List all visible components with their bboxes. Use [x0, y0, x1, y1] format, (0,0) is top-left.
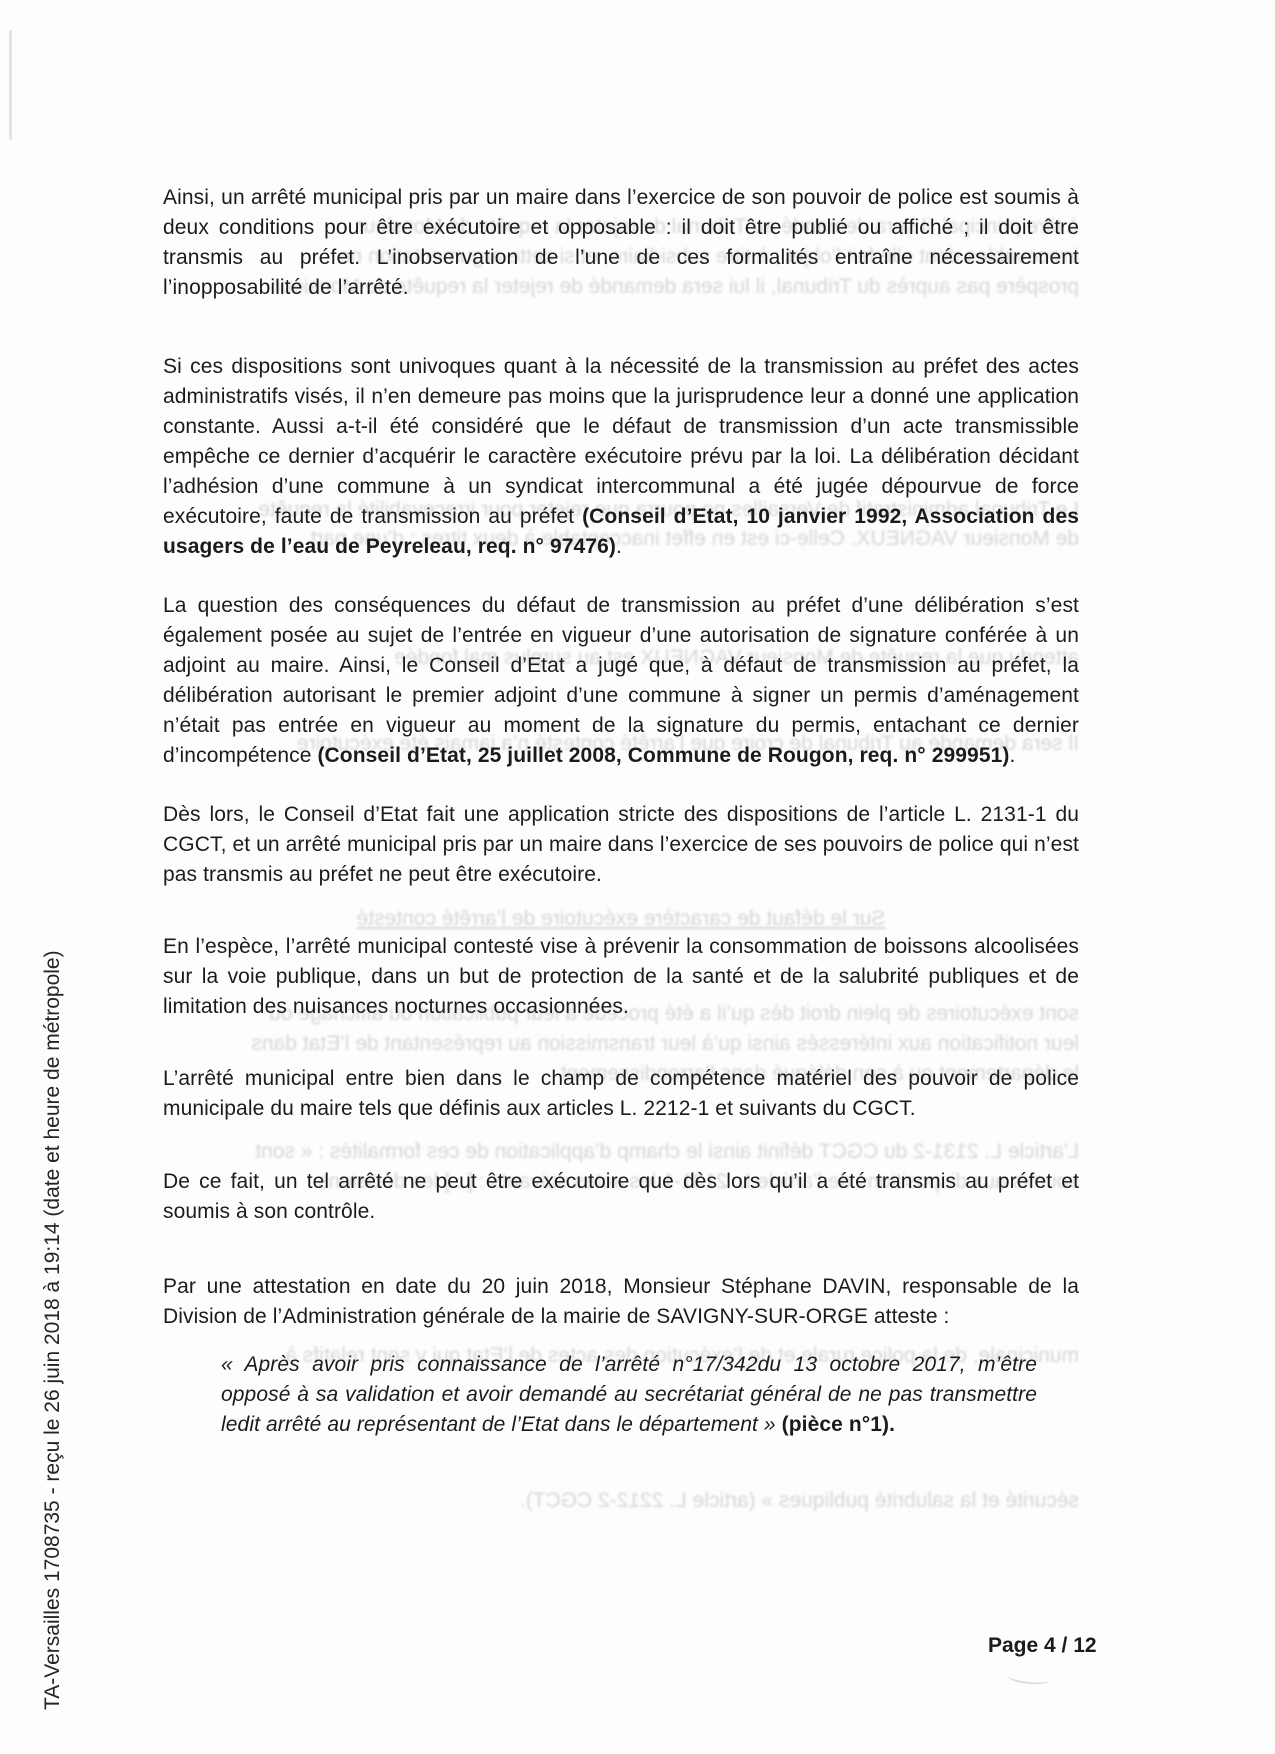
- paragraph: De ce fait, un tel arrêté ne peut être e…: [163, 1167, 1079, 1227]
- text-run: Si ces dispositions sont univoques quant…: [163, 355, 1079, 528]
- text-run: .: [616, 535, 622, 558]
- paragraph: En l’espèce, l’arrêté municipal contesté…: [163, 932, 1079, 1022]
- page-number: Page 4 / 12: [988, 1634, 1097, 1658]
- text-run: « Après avoir pris connaissance de l’arr…: [221, 1353, 1037, 1436]
- paragraph: L’arrêté municipal entre bien dans le ch…: [163, 1064, 1079, 1124]
- text-run: .: [1009, 744, 1015, 767]
- text-run: Dès lors, le Conseil d’Etat fait une app…: [163, 803, 1079, 886]
- reception-stamp: TA-Versailles 1708735 - reçu le 26 juin …: [40, 810, 66, 1710]
- paragraph: La question des conséquences du défaut d…: [163, 591, 1079, 771]
- document-body: Ainsi, un arrêté municipal pris par un m…: [163, 183, 1079, 1440]
- scan-artifact: [1007, 1669, 1050, 1687]
- quote-paragraph: « Après avoir pris connaissance de l’arr…: [221, 1350, 1037, 1440]
- bleedthrough-text: sécurité et la salubrité publiques » (ar…: [163, 1488, 1079, 1514]
- text-run: Ainsi, un arrêté municipal pris par un m…: [163, 186, 1079, 299]
- paragraph: Ainsi, un arrêté municipal pris par un m…: [163, 183, 1079, 303]
- scanned-document-page: à titre principal, il sera demandé au Tr…: [0, 0, 1275, 1754]
- paragraph: Si ces dispositions sont univoques quant…: [163, 352, 1079, 562]
- text-run: L’arrêté municipal entre bien dans le ch…: [163, 1067, 1079, 1120]
- text-run: La question des conséquences du défaut d…: [163, 594, 1079, 767]
- scan-artifact: [9, 30, 12, 140]
- text-run: En l’espèce, l’arrêté municipal contesté…: [163, 935, 1079, 1018]
- text-run: De ce fait, un tel arrêté ne peut être e…: [163, 1170, 1079, 1223]
- text-run: (pièce n°1).: [782, 1413, 895, 1436]
- paragraph: Par une attestation en date du 20 juin 2…: [163, 1272, 1079, 1332]
- paragraph: Dès lors, le Conseil d’Etat fait une app…: [163, 800, 1079, 890]
- text-run: Par une attestation en date du 20 juin 2…: [163, 1275, 1079, 1328]
- text-run: (Conseil d’Etat, 25 juillet 2008, Commun…: [317, 744, 1009, 767]
